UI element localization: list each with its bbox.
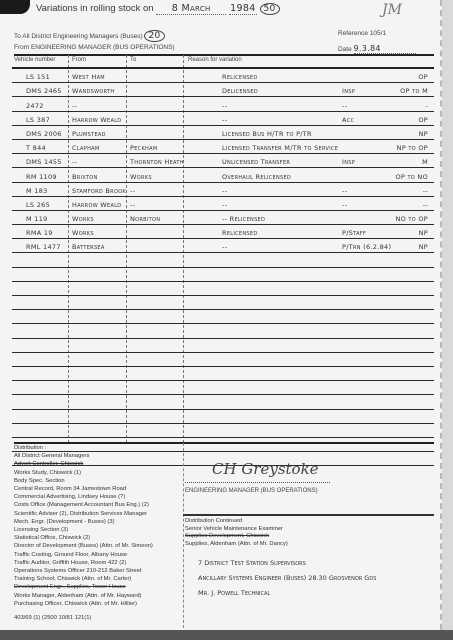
status-code: OP to NO	[395, 173, 428, 181]
to-depot: Thornton Heath	[130, 158, 184, 166]
table-row-blank	[12, 381, 434, 395]
column-header-from: From	[72, 57, 86, 63]
from-depot: --	[72, 102, 77, 110]
reason: Relicensed	[222, 73, 258, 81]
distribution-item: Operations Systems Officer 210-212 Baker…	[14, 567, 182, 575]
vehicle-number: RMA 19	[26, 229, 53, 237]
table-row-blank	[12, 310, 434, 324]
from-line: From ENGINEERING MANAGER (BUS OPERATIONS…	[14, 44, 175, 51]
status-code: --	[423, 201, 428, 209]
reference-label: Reference	[338, 30, 368, 37]
table-row-blank	[12, 395, 434, 409]
vehicle-number: T 844	[26, 144, 46, 152]
status-code: NP	[419, 229, 428, 237]
handwritten-recipient: 7 District Test Station Supervisors	[198, 556, 376, 571]
vehicle-number: 2472	[26, 102, 44, 110]
reference-value: 105/1	[370, 30, 386, 37]
reason: Delicensed	[222, 87, 258, 95]
distribution-continued: Distribution Continued Senior Vehicle Ma…	[185, 518, 288, 548]
table-row-blank	[12, 296, 434, 310]
status-code: --	[423, 187, 428, 195]
distribution-continued-item: Supplies Development, Chiswick	[185, 533, 288, 541]
distribution-item: Central Record, Room 34 Jamestown Road	[14, 485, 182, 493]
to-count: 20	[144, 30, 164, 42]
distribution-continued-item: Supplies, Aldenham (Attn. of Mr. Dancy)	[185, 541, 288, 549]
section-divider	[183, 443, 184, 633]
vehicle-number: RML 1477	[26, 243, 61, 251]
document-title: Variations in rolling stock on 8 March 1…	[36, 3, 280, 15]
reason-note: Insp	[342, 158, 355, 166]
handwritten-additions: 7 District Test Station SupervisorsAncil…	[198, 556, 376, 601]
handwritten-initials: JM	[382, 2, 402, 18]
distribution-items: All District General ManagersAdvert Cont…	[14, 452, 182, 608]
title-prefix: Variations in rolling stock on	[36, 3, 154, 14]
title-year: 1984	[229, 3, 257, 15]
document-page: Variations in rolling stock on 8 March 1…	[0, 0, 442, 640]
table-row: DMS 1455--Thornton HeathUnlicensed Trans…	[12, 154, 434, 168]
table-row: DMS 2006PlumsteadLicensed Bus H/TR to P/…	[12, 126, 434, 140]
status-code: OP	[418, 73, 428, 81]
vehicle-number: M 183	[26, 187, 48, 195]
from-depot: Harrow Weald	[72, 201, 121, 209]
from-depot: Clapham	[72, 144, 99, 152]
table-row-blank	[12, 353, 434, 367]
date-line: Date 9.3.84	[338, 44, 416, 54]
to-depot: Norbiton	[130, 215, 160, 223]
to-depot: --	[130, 187, 135, 195]
table-row: DMS 2465WandsworthDelicensedInspOP to M	[12, 83, 434, 97]
reason-note: P/Staff	[342, 229, 366, 237]
reason: Unlicensed Transfer	[222, 158, 290, 166]
distribution-continued-heading: Distribution Continued	[185, 518, 288, 526]
table-row: 2472-------	[12, 97, 434, 111]
from-depot: Harrow Weald	[72, 116, 121, 124]
distribution-list: Distribution : All District General Mana…	[14, 444, 182, 622]
table-row-blank	[12, 339, 434, 353]
table-row-blank	[12, 253, 434, 267]
distribution-item: Training School, Chiswick (Attn. of Mr. …	[14, 575, 182, 583]
reason: --	[222, 102, 227, 110]
from-depot: Battersea	[72, 243, 105, 251]
to-depot: Works	[130, 173, 152, 181]
reason-note: --	[342, 102, 347, 110]
table-header: Vehicle number From To Reason for variat…	[12, 55, 434, 67]
vehicle-number: LS 387	[26, 116, 50, 124]
vehicle-number: M 119	[26, 215, 48, 223]
date-value: 9.3.84	[354, 44, 416, 54]
to-label: To All District Engineering Managers (Bu…	[14, 33, 143, 40]
distribution-continued-item: Senior Vehicle Maintenance Examiner	[185, 526, 288, 534]
date-label: Date	[338, 46, 352, 53]
distribution-item: Advert Controller, Chiswick	[14, 460, 182, 468]
from-depot: Stamford Brook	[72, 187, 126, 195]
vehicle-number: DMS 1455	[26, 158, 62, 166]
to-depot: Peckham	[130, 144, 157, 152]
scan-edge	[0, 630, 453, 640]
distribution-item: Works Study, Chiswick (1)	[14, 469, 182, 477]
title-day: 8 March	[156, 3, 226, 15]
reason: -- Relicensed	[222, 215, 265, 223]
table-row-blank	[12, 424, 434, 438]
status-code: NP	[419, 243, 428, 251]
signature-line	[185, 482, 330, 483]
reason-note: Acc	[342, 116, 354, 124]
reason-note: --	[342, 187, 347, 195]
reason: --	[222, 201, 227, 209]
distribution-continued-items: Senior Vehicle Maintenance ExaminerSuppl…	[185, 526, 288, 549]
table-row: RMA 19WorksRelicensedP/StaffNP	[12, 225, 434, 239]
reason: Relicensed	[222, 229, 258, 237]
distribution-item: Purchasing Officer, Chiswick (Attn. of M…	[14, 600, 182, 608]
reason: --	[222, 243, 227, 251]
table-row-blank	[12, 367, 434, 381]
table-row-blank	[12, 324, 434, 338]
reason-note: P/Trn (6.2.84)	[342, 243, 391, 251]
reason: Overhaul Relicensed	[222, 173, 291, 181]
table-row: T 844ClaphamPeckhamLicensed Transfer M/T…	[12, 140, 434, 154]
distribution-item: Commercial Advertising, Lindsey House (?…	[14, 493, 182, 501]
table-row: LS 387Harrow Weald--AccOP	[12, 112, 434, 126]
form-code: 403/69 (1) (2500 10/81 121(1)	[14, 614, 182, 622]
from-depot: Works	[72, 229, 94, 237]
table-body: LS 151West HamRelicensedOPDMS 2465Wandsw…	[12, 69, 434, 466]
column-header-to: To	[130, 57, 136, 63]
distribution-item: Body Spec. Section	[14, 477, 182, 485]
vehicle-number: RM 1109	[26, 173, 57, 181]
handwritten-recipient: Ancillary Systems Engineer (Buses) 28.30…	[198, 571, 376, 586]
signature-divider	[183, 514, 434, 516]
distribution-item: Statistical Office, Chiswick (2)	[14, 534, 182, 542]
reason-note: Insp	[342, 87, 355, 95]
reason-note: --	[342, 201, 347, 209]
distribution-item: Development Engr., Supplies, Tower House	[14, 583, 182, 591]
status-code: OP	[418, 116, 428, 124]
vehicle-number: DMS 2006	[26, 130, 62, 138]
distribution-item: Licensing Section (3)	[14, 526, 182, 534]
distribution-item: Traffic Auditor, Griffith House, Room 42…	[14, 559, 182, 567]
reason: Licensed Bus H/TR to P/TR	[222, 130, 312, 138]
table-row: RM 1109BrixtonWorksOverhaul RelicensedOP…	[12, 168, 434, 182]
reason: --	[222, 187, 227, 195]
column-header-reason: Reason for variation	[188, 57, 242, 63]
from-depot: Brixton	[72, 173, 98, 181]
table-row-blank	[12, 410, 434, 424]
column-header-vehicle: Vehicle number	[14, 57, 55, 63]
variations-table: Vehicle number From To Reason for variat…	[12, 55, 434, 466]
table-row-blank	[12, 268, 434, 282]
distribution-item: All District General Managers	[14, 452, 182, 460]
table-row: M 119WorksNorbiton-- RelicensedNO to OP	[12, 211, 434, 225]
table-row: RML 1477Battersea--P/Trn (6.2.84)NP	[12, 239, 434, 253]
distribution-item: Director of Development (Buses) (Attn. o…	[14, 542, 182, 550]
from-depot: --	[72, 158, 77, 166]
from-depot: Wandsworth	[72, 87, 114, 95]
reason: --	[222, 116, 227, 124]
scan-blot	[0, 0, 30, 14]
table-row-blank	[12, 282, 434, 296]
from-depot: Plumstead	[72, 130, 106, 138]
distribution-heading: Distribution :	[14, 444, 182, 452]
vehicle-number: LS 265	[26, 201, 50, 209]
reason: Licensed Transfer M/TR to Service	[222, 144, 338, 152]
status-code: -	[425, 102, 428, 110]
distribution-item: Mech. Engr. (Development - Buses) (3)	[14, 518, 182, 526]
reference-line: Reference 105/1	[338, 30, 386, 37]
table-row: LS 265Harrow Weald--------	[12, 197, 434, 211]
distribution-item: Costs Office (Management Accountant Bus …	[14, 501, 182, 509]
status-code: NO to OP	[395, 215, 428, 223]
signature: CH Greystoke	[212, 460, 319, 478]
from-depot: Works	[72, 215, 94, 223]
to-depot: --	[130, 201, 135, 209]
signature-title: ENGINEERING MANAGER (BUS OPERATIONS)	[185, 488, 318, 494]
to-line: To All District Engineering Managers (Bu…	[14, 30, 165, 42]
distribution-item: Traffic Costing, Ground Floor, Albany Ho…	[14, 551, 182, 559]
handwritten-recipient: Mr. J. Powell Technical	[198, 586, 376, 601]
status-code: NP to OP	[397, 144, 428, 152]
from-depot: West Ham	[72, 73, 105, 81]
vehicle-number: LS 151	[26, 73, 50, 81]
status-code: M	[422, 158, 428, 166]
vehicle-number: DMS 2465	[26, 87, 62, 95]
status-code: OP to M	[400, 87, 428, 95]
status-code: NP	[419, 130, 428, 138]
table-row: M 183Stamford Brook--------	[12, 183, 434, 197]
table-row: LS 151West HamRelicensedOP	[12, 69, 434, 83]
distribution-item: Scientific Adviser (2), Distribution Ser…	[14, 510, 182, 518]
distribution-item: Works Manager, Aldenham (Attn. of Mr. Ha…	[14, 592, 182, 600]
title-number: 50	[260, 3, 280, 15]
